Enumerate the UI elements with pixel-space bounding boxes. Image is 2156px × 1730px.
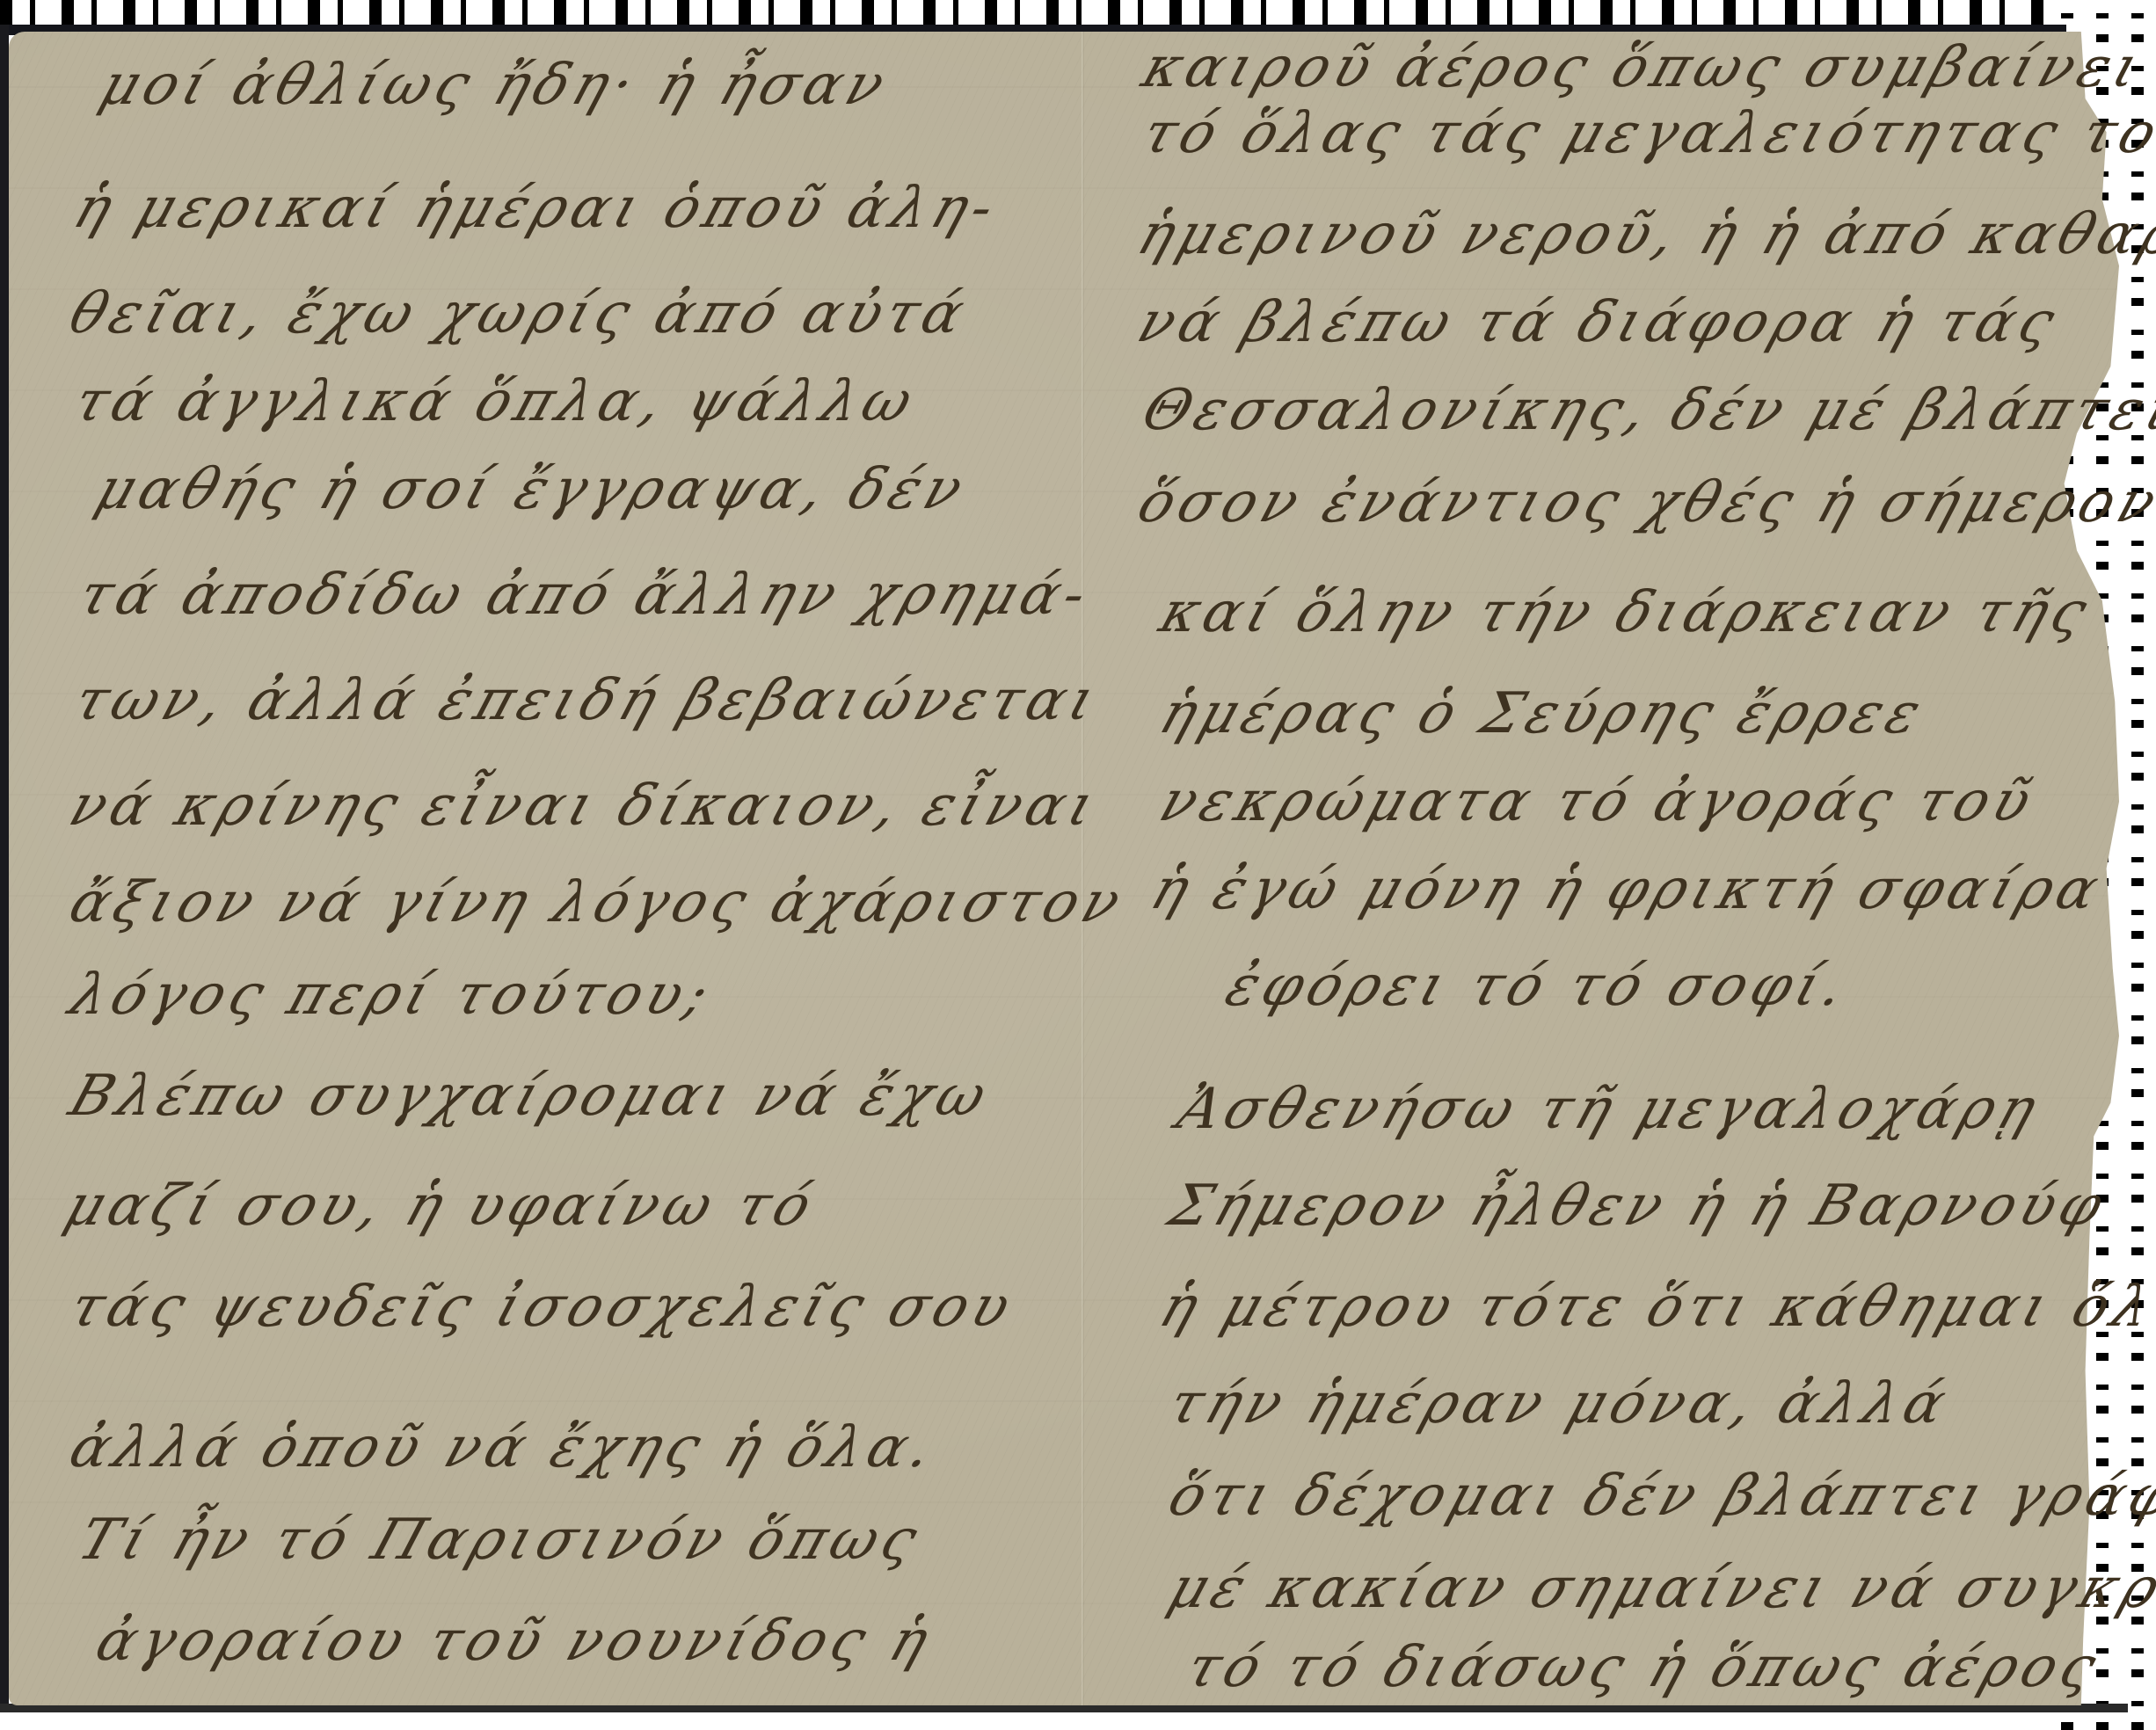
right-line-14: ἡ μέτρου τότε ὅτι κάθημαι ὅλ	[1152, 1275, 2156, 1340]
right-line-15: τήν ἡμέραν μόνα, ἀλλά	[1161, 1371, 1959, 1436]
right-line-13: Σήμερον ἦλθεν ἡ ἡ Βαρνούφ	[1161, 1174, 2116, 1239]
right-line-18: τό τό διάσως ἡ ὅπως ἀέρος	[1178, 1635, 2109, 1700]
right-line-3: ἡμερινοῦ νεροῦ, ἡ ἡ ἀπό καθαρή	[1130, 202, 2156, 267]
left-line-14: ἀλλά ὁποῦ νά ἔχης ἡ ὅλα.	[62, 1415, 946, 1480]
right-line-5: Θεσσαλονίκης, δέν μέ βλάπτει	[1134, 378, 2156, 443]
left-line-16: ἀγοραίου τοῦ νουνίδος ἡ	[88, 1609, 942, 1674]
left-line-6: τά ἀποδίδω ἀπό ἄλλην χρημά-	[70, 563, 1100, 628]
left-line-3: θεῖαι, ἔχω χωρίς ἀπό αὐτά	[62, 281, 977, 346]
right-line-10: ἡ ἐγώ μόνη ἡ φρικτή σφαίρα	[1143, 857, 2112, 922]
right-line-8: ἡμέρας ὁ Σεύρης ἔρρεε	[1152, 681, 1934, 746]
right-line-16: ὅτι δέχομαι δέν βλάπτει γράφ	[1161, 1464, 2156, 1529]
left-line-11: Βλέπω συγχαίρομαι νά ἔχω	[62, 1064, 1000, 1129]
scan-noise-bottom	[0, 0, 2156, 25]
right-line-9: νεκρώματα τό ἀγοράς τοῦ	[1152, 769, 2044, 834]
left-line-7: των, ἀλλά ἐπειδή βεβαιώνεται	[66, 668, 1109, 733]
left-line-1: μοί ἀθλίως ἤδη· ἡ ἦσαν	[92, 53, 898, 118]
right-line-17: μέ κακίαν σημαίνει νά συγκρίνω	[1161, 1556, 2156, 1621]
left-line-8: νά κρίνης εἶναι δίκαιον, εἶναι	[62, 774, 1108, 839]
right-line-7: καί ὅλην τήν διάρκειαν τῆς	[1152, 580, 2100, 645]
right-line-2: τό ὅλας τάς μεγαλειότητας τοῦ	[1134, 101, 2156, 166]
right-line-6: ὅσον ἐνάντιος χθές ἡ σήμερον	[1130, 470, 2156, 535]
left-line-9: ἄξιον νά γίνη λόγος ἀχάριστον	[62, 870, 1133, 935]
left-line-10: λόγος περί τούτου;	[62, 963, 722, 1028]
left-line-4: τά ἀγγλικά ὅπλα, ψάλλω	[66, 369, 926, 434]
center-fold	[1082, 32, 1084, 1705]
right-line-4: νά βλέπω τά διάφορα ἡ τάς	[1130, 290, 2068, 355]
left-line-12: μαζί σου, ἡ υφαίνω τό	[57, 1174, 825, 1239]
right-line-1: καιροῦ ἀέρος ὅπως συμβαίνει	[1134, 35, 2152, 100]
scan-edge-left	[0, 25, 9, 1712]
right-line-11: ἐφόρει τό τό σοφί.	[1218, 954, 1858, 1019]
left-line-5: μαθής ἡ σοί ἔγγραψα, δέν	[88, 457, 976, 522]
left-line-13: τάς ψευδεῖς ἰσοσχελεῖς σου	[62, 1275, 1023, 1340]
left-line-15: Τί ἦν τό Παρισινόν ὅπως	[70, 1508, 930, 1573]
right-line-12: Ἀσθενήσω τῆ μεγαλοχάρῃ	[1169, 1077, 2050, 1142]
left-line-2: ἡ μερικαί ἡμέραι ὁποῦ ἀλη-	[66, 176, 1008, 241]
